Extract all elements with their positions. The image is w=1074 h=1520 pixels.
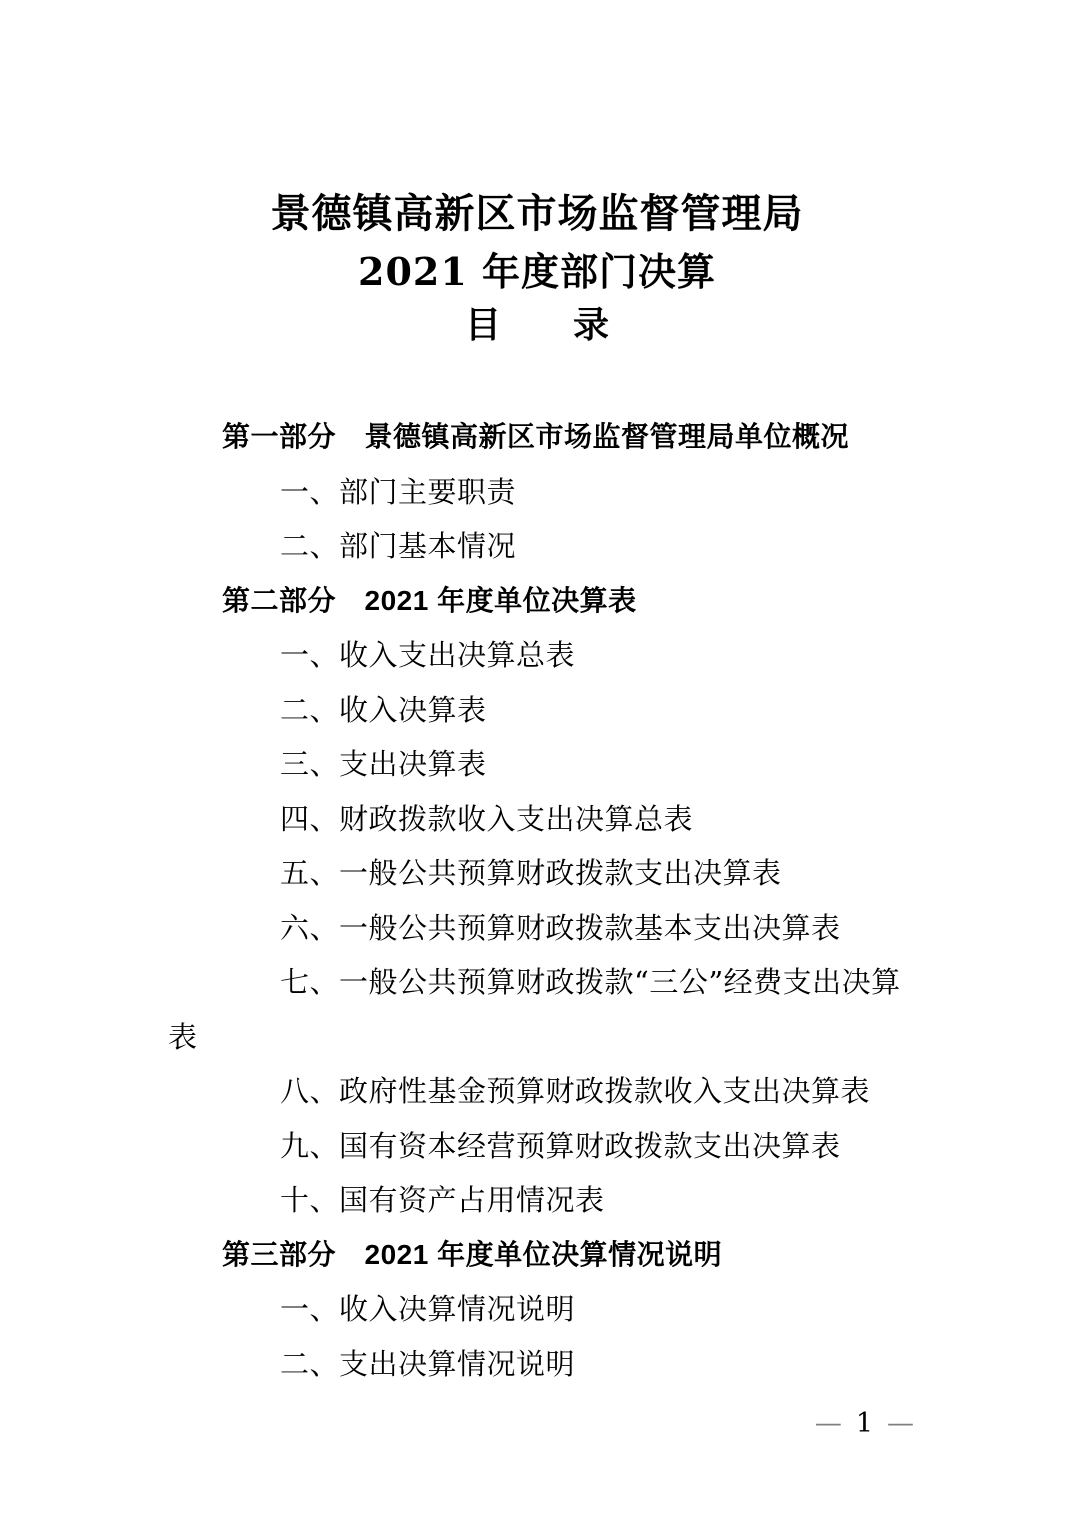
- table-of-contents: 第一部分 景德镇高新区市场监督管理局单位概况 一、部门主要职责 二、部门基本情况…: [168, 410, 928, 1391]
- doc-title-line2: 2021 年度部门决算: [0, 248, 1074, 296]
- toc-entry: 四、财政拨款收入支出决算总表: [168, 792, 928, 847]
- toc-entry: 十、国有资产占用情况表: [168, 1173, 928, 1228]
- doc-title-line1: 景德镇高新区市场监督管理局: [0, 190, 1074, 238]
- toc-entry: 五、一般公共预算财政拨款支出决算表: [168, 846, 928, 901]
- toc-entry: 第三部分 2021 年度单位决算情况说明: [168, 1228, 928, 1283]
- document-page: 景德镇高新区市场监督管理局 2021 年度部门决算 目 录 第一部分 景德镇高新…: [0, 0, 1074, 1520]
- toc-heading: 目 录: [0, 300, 1074, 350]
- page-number: 1: [856, 1408, 873, 1439]
- page-footer: —1—: [815, 1408, 914, 1440]
- toc-entry: 六、一般公共预算财政拨款基本支出决算表: [168, 901, 928, 956]
- toc-entry: 八、政府性基金预算财政拨款收入支出决算表: [168, 1064, 928, 1119]
- toc-entry: 一、收入决算情况说明: [168, 1282, 928, 1337]
- footer-dash-left: —: [815, 1408, 842, 1439]
- toc-entry: 二、支出决算情况说明: [168, 1337, 928, 1392]
- toc-entry: 第一部分 景德镇高新区市场监督管理局单位概况: [168, 410, 928, 465]
- toc-entry: 三、支出决算表: [168, 737, 928, 792]
- footer-dash-right: —: [887, 1408, 914, 1439]
- toc-entry: 七、一般公共预算财政拨款“三公”经费支出决算: [168, 955, 928, 1010]
- toc-entry: 二、部门基本情况: [168, 519, 928, 574]
- toc-entry: 九、国有资本经营预算财政拨款支出决算表: [168, 1119, 928, 1174]
- toc-entry: 一、部门主要职责: [168, 465, 928, 520]
- toc-entry: 一、收入支出决算总表: [168, 628, 928, 683]
- toc-entry: 表: [168, 1010, 928, 1065]
- toc-entry: 第二部分 2021 年度单位决算表: [168, 574, 928, 629]
- toc-entry: 二、收入决算表: [168, 683, 928, 738]
